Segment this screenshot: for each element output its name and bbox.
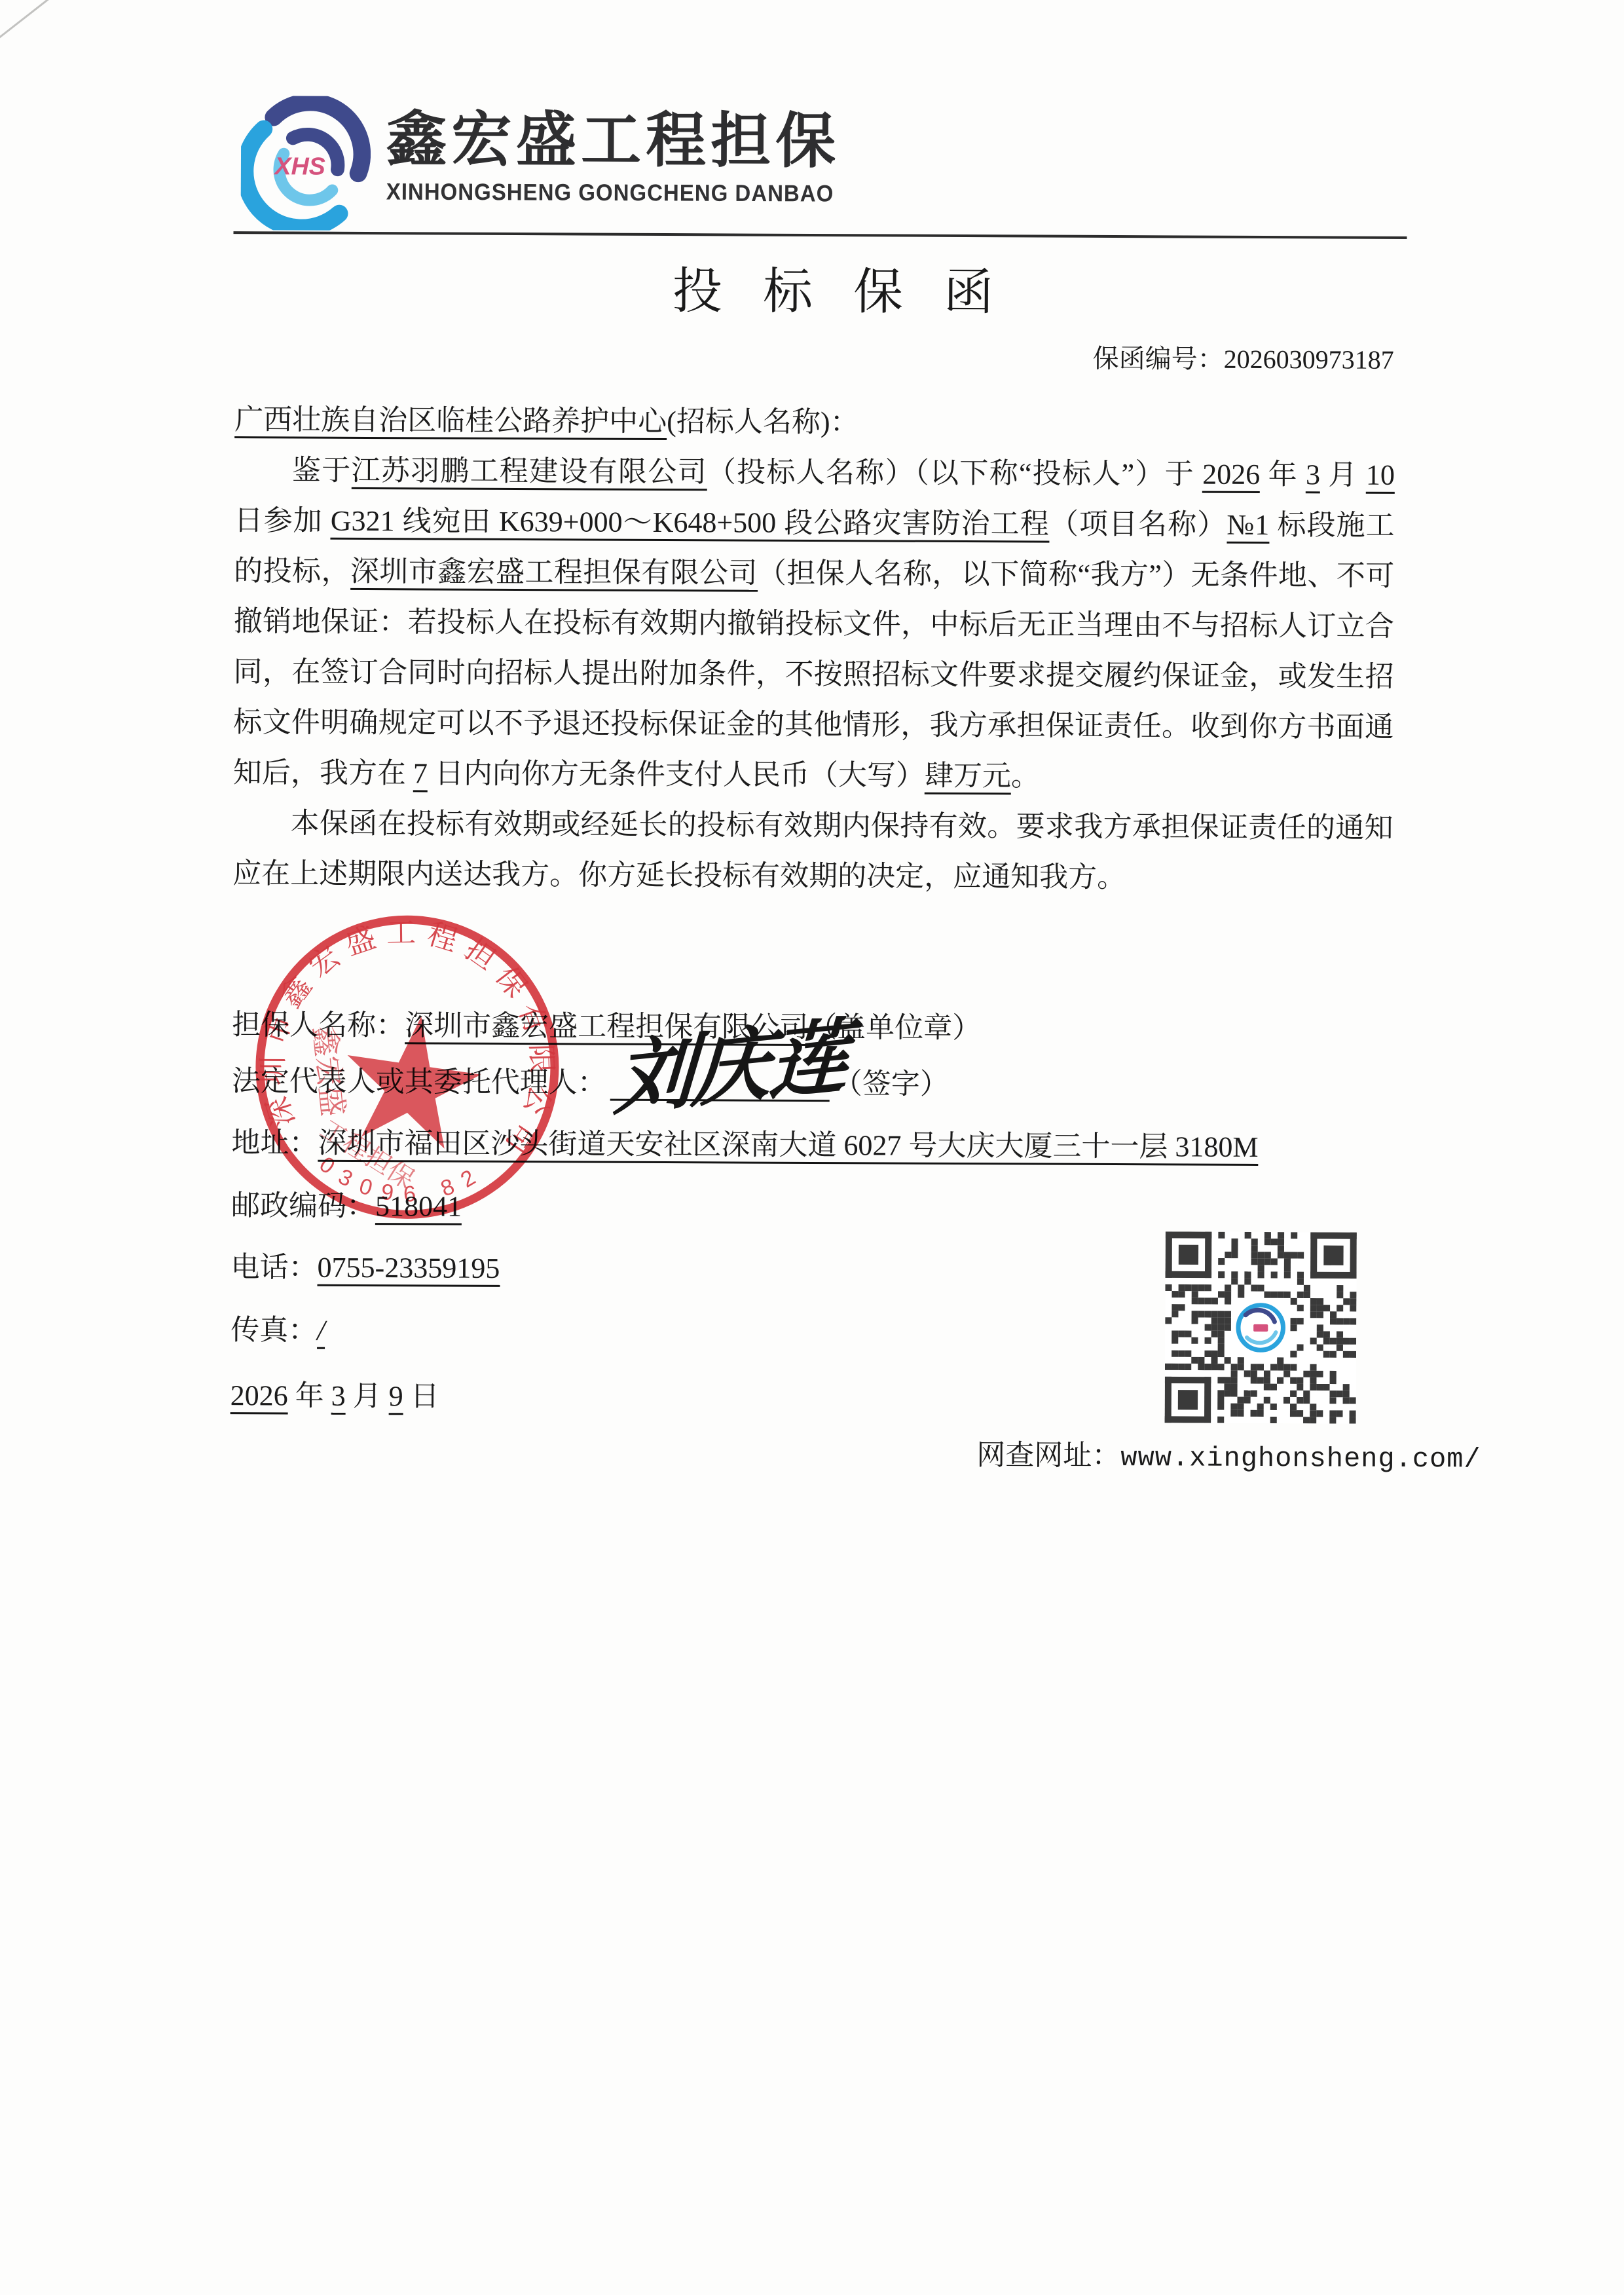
qr-center-logo (1232, 1299, 1290, 1357)
signature-line: 刘庆莲 (610, 1065, 830, 1102)
fax-value: / (317, 1315, 325, 1349)
guarantee-number-line: 保函编号：2026030973187 (1093, 338, 1394, 377)
website-label: 网查网址： (976, 1439, 1120, 1472)
text-segment: （投标人名称）（以下称“投标人”）于 (707, 456, 1203, 490)
verification-qr-code (1165, 1231, 1357, 1423)
company-name: 鑫宏盛工程担保 (386, 108, 1107, 174)
address-label: 地址： (231, 1127, 318, 1159)
text-segment: (招标人名称)： (667, 405, 859, 438)
guarantor-label: 担保人名称： (232, 1009, 405, 1041)
website-url: www.xinghonsheng.com/ (1120, 1442, 1481, 1475)
text-segment: 月 (346, 1380, 389, 1412)
header-divider (233, 231, 1407, 239)
handwritten-signature: 刘庆莲 (613, 1017, 848, 1121)
legal-rep-suffix: （签字） (834, 1068, 949, 1100)
addressee-line: 广西壮族自治区临桂公路养护中心(招标人名称)： (234, 394, 1395, 450)
phone-row: 电话：0755-23359195 (231, 1243, 500, 1286)
text-segment: 2026 (231, 1379, 288, 1414)
text-segment: 肆万元 (925, 760, 1011, 795)
phone-label: 电话： (231, 1251, 317, 1284)
text-segment: 10 (1366, 459, 1395, 494)
phone-value: 0755-23359195 (317, 1252, 500, 1287)
text-segment: №1 (1227, 509, 1269, 544)
text-segment: 鉴于 (292, 455, 352, 487)
postcode-value: 518041 (375, 1190, 462, 1225)
address-row: 地址：深圳市福田区沙头街道天安社区深南大道 6027 号大庆大厦三十一层 318… (231, 1119, 1258, 1165)
text-segment: （项目名称） (1050, 508, 1227, 541)
text-segment: 3 (1306, 458, 1320, 493)
text-segment: 年 (288, 1380, 331, 1412)
postcode-label: 邮政编码： (231, 1189, 375, 1222)
text-segment: 。 (1011, 760, 1040, 792)
text-segment: 广西壮族自治区临桂公路养护中心 (234, 403, 667, 440)
address-value: 深圳市福田区沙头街道天安社区深南大道 6027 号大庆大厦三十一层 3180M (318, 1127, 1258, 1166)
legal-rep-label: 法定代表人或其委托代理人： (232, 1065, 606, 1098)
text-segment: G321 线宛田 K639+000～K648+500 段公路灾害防治工程 (331, 505, 1050, 543)
text-segment: 日 (403, 1380, 439, 1412)
fax-label: 传真： (231, 1314, 317, 1347)
guarantor-name-row: 担保人名称：深圳市鑫宏盛工程担保有限公司（盖单位章） (232, 1001, 981, 1046)
guarantee-number-label: 保函编号： (1093, 344, 1224, 374)
text-segment: 日内向你方无条件支付人民币（大写） (428, 757, 925, 791)
legal-representative-row: 法定代表人或其委托代理人：刘庆莲（签字） (232, 1057, 949, 1102)
text-segment: 7 (413, 757, 428, 792)
letter-body: 广西壮族自治区临桂公路养护中心(招标人名称)： 鉴于江苏羽鹏工程建设有限公司（投… (232, 394, 1395, 904)
brand-block: 鑫宏盛工程担保 XINHONGSHENG GONGCHENG DANBAO (386, 108, 1107, 206)
document-title: 投标保函 (1, 248, 1624, 327)
text-segment: 月 (1320, 458, 1366, 491)
fax-row: 传真：/ (231, 1306, 325, 1349)
swirl-logo-icon: XHS (241, 96, 371, 231)
text-segment: 深圳市鑫宏盛工程担保有限公司 (350, 555, 758, 592)
guarantee-clause-paragraph: 鉴于江苏羽鹏工程建设有限公司（投标人名称）（以下称“投标人”）于 2026 年 … (233, 445, 1395, 803)
text-segment: 2026 (1202, 458, 1260, 493)
text-segment: （担保人名称，以下简称“我方”）无条件地、不可撤销地保证：若投标人在投标有效期内… (233, 557, 1395, 790)
text-segment: 江苏羽鹏工程建设有限公司 (351, 455, 707, 491)
company-logo: XHS (241, 96, 371, 231)
verification-website-line: 网查网址：www.xinghonsheng.com/ (976, 1431, 1481, 1475)
date-row: 2026 年 3 月 9 日 (231, 1371, 439, 1414)
scanned-bid-guarantee-document: XHS 鑫宏盛工程担保 XINHONGSHENG GONGCHENG DANBA… (0, 0, 1624, 2295)
company-name-pinyin: XINHONGSHENG GONGCHENG DANBAO (386, 178, 1107, 208)
guarantee-number-value: 2026030973187 (1224, 345, 1394, 375)
text-segment: 9 (389, 1380, 403, 1415)
validity-paragraph: 本保函在投标有效期或经延长的投标有效期内保持有效。要求我方承担保证责任的通知应在… (232, 798, 1393, 904)
postcode-row: 邮政编码：518041 (231, 1182, 462, 1225)
logo-acronym: XHS (273, 152, 325, 179)
text-segment: 3 (331, 1380, 346, 1415)
text-segment: 年 (1260, 458, 1306, 491)
text-segment: 日参加 (234, 504, 330, 537)
